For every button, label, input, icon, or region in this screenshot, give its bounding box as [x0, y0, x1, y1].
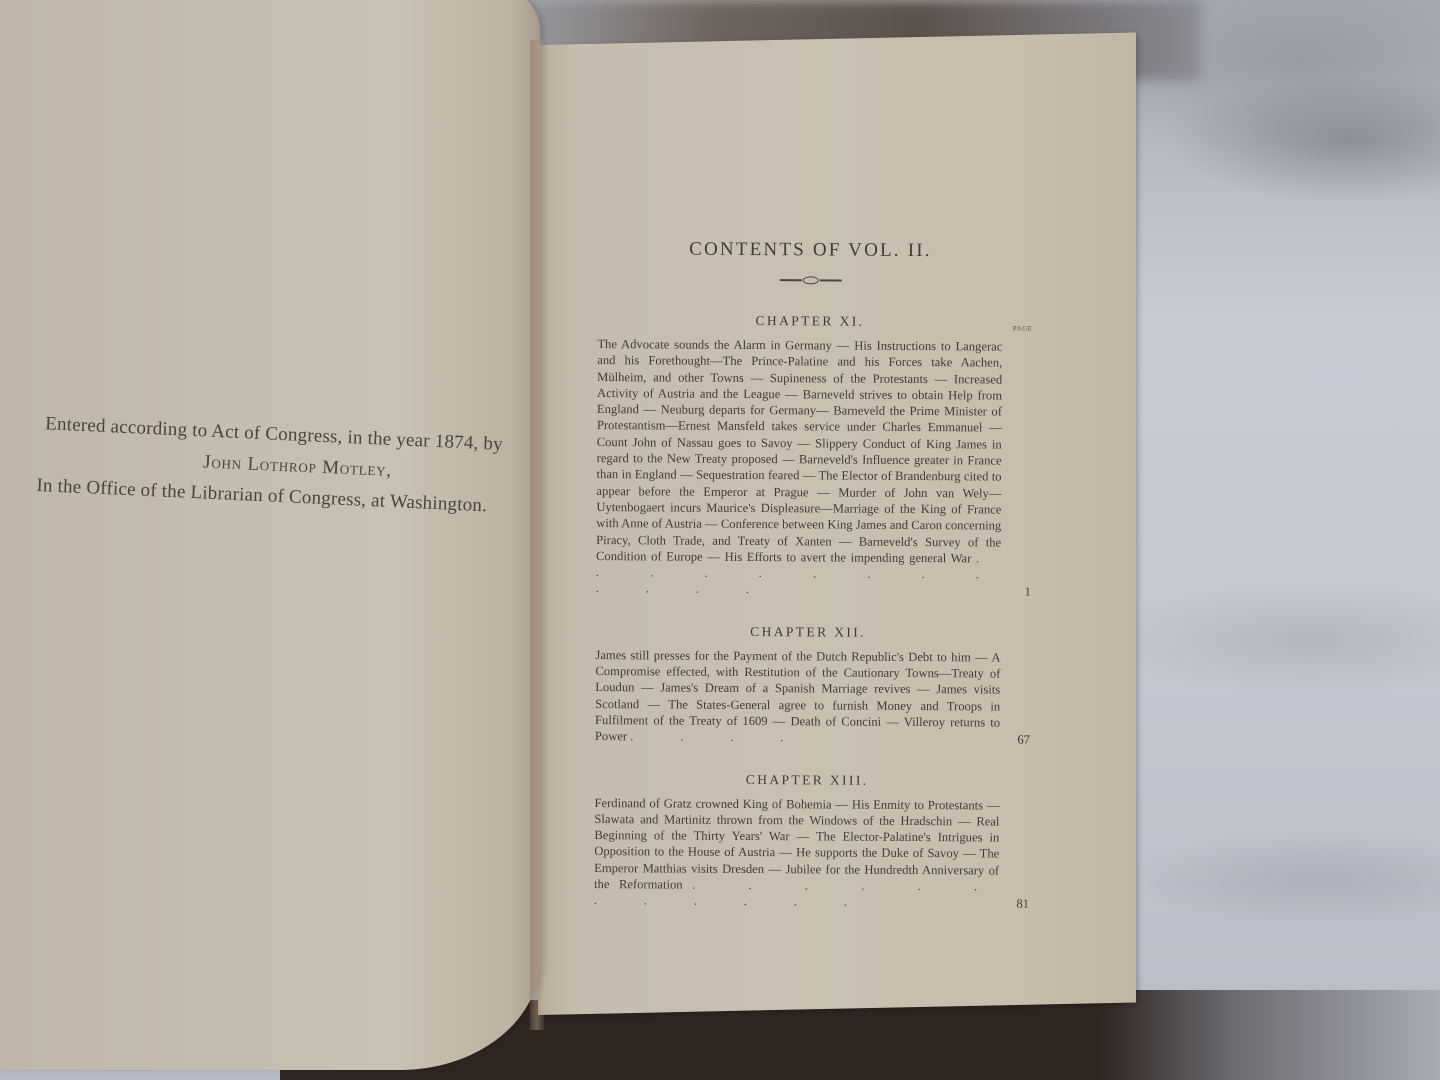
- leader-dots: . . . .: [630, 730, 805, 745]
- chapter-summary: James still presses for the Payment of t…: [585, 647, 1001, 747]
- chapter-heading: CHAPTER XIII.: [615, 771, 1000, 789]
- book-gutter: [530, 40, 544, 1030]
- page-number: 81: [1016, 896, 1029, 911]
- page-column-label: PAGE: [1013, 325, 1033, 333]
- toc-entry: James still presses for the Payment of t…: [585, 647, 1001, 747]
- table-of-contents: CONTENTS OF VOL. II. CHAPTER XI. PAGE Th…: [584, 238, 1003, 911]
- chapter-summary: Ferdinand of Gratz crowned King of Bohem…: [584, 795, 1000, 912]
- left-page: [0, 0, 540, 1070]
- toc-entry: PAGE The Advocate sounds the Alarm in Ge…: [586, 336, 1003, 599]
- bottom-shadow-right: [1100, 990, 1440, 1080]
- chapter-heading: CHAPTER XII.: [616, 623, 1001, 641]
- contents-title: CONTENTS OF VOL. II.: [618, 238, 1003, 262]
- page-number: 67: [1017, 732, 1030, 747]
- ornament-divider-icon: [618, 274, 1003, 286]
- copyright-notice: Entered according to Act of Congress, in…: [36, 408, 480, 521]
- chapter-heading: CHAPTER XI.: [617, 312, 1002, 330]
- page-number: 1: [1025, 584, 1031, 599]
- chapter-summary: The Advocate sounds the Alarm in Germany…: [586, 336, 1003, 599]
- toc-entry: Ferdinand of Gratz crowned King of Bohem…: [584, 795, 1000, 912]
